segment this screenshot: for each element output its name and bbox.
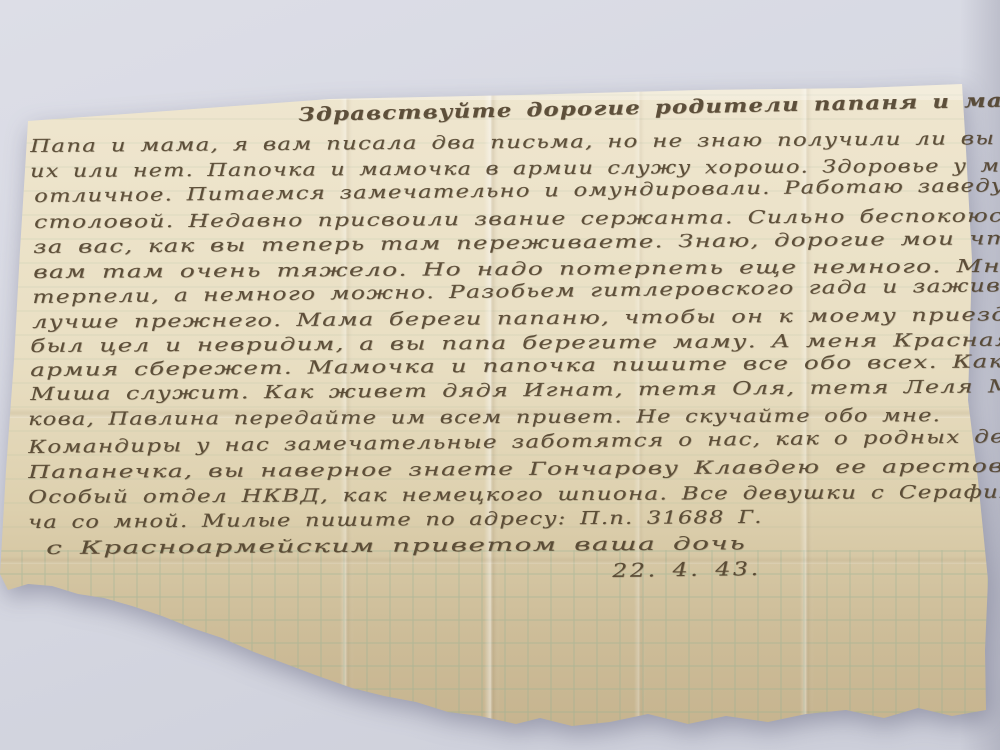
photo-background: Здравствуйте дорогие родители папаня и м… bbox=[0, 0, 1000, 750]
letter-paper bbox=[0, 0, 1000, 750]
